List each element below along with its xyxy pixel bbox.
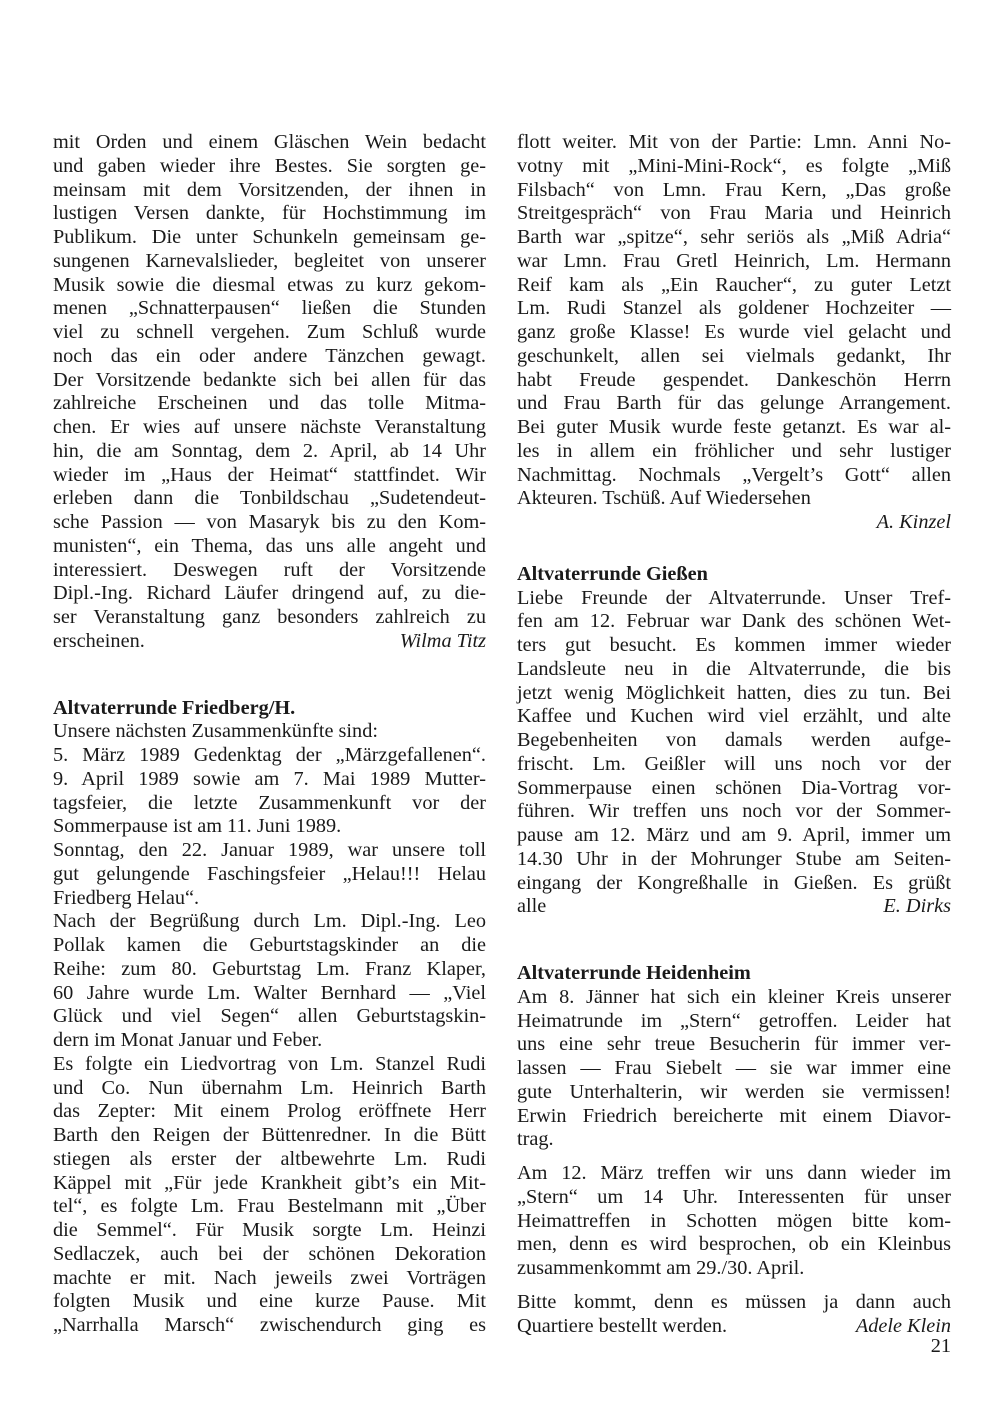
text-line: zusammenkommt am 29./30. April. — [517, 1257, 951, 1281]
right-column: flott weiter. Mit von der Partie: Lmn. A… — [517, 131, 951, 1338]
author-signature: Wilma Titz — [400, 630, 486, 654]
text-line: Kaffee und Kuchen wird viel erzählt, und… — [517, 705, 951, 729]
text-line: das Zepter: Mit einem Prolog eröffnete H… — [53, 1100, 486, 1124]
text-line: Am 8. Jänner hat sich ein kleiner Kreis … — [517, 986, 951, 1010]
text-line: alle — [517, 895, 546, 919]
text-line: jetzt wenig Möglichkeit hatten, dies zu … — [517, 682, 951, 706]
text-line: Pollak kamen die Geburtstagskinder an di… — [53, 934, 486, 958]
text-line: menen „Schnatterpausen“ ließen die Stund… — [53, 297, 486, 321]
page-number: 21 — [900, 1335, 951, 1358]
section-gap — [517, 919, 951, 962]
text-line: Landsleute neu in die Altvaterrunde, die… — [517, 658, 951, 682]
text-line: Barth war „spitze“, sehr seriös als „Miß… — [517, 226, 951, 250]
text-line: Bitte kommt, denn es müssen ja dann auch — [517, 1291, 951, 1315]
paragraph-gap — [517, 1281, 951, 1291]
text-line: Filsbach“ von Lmn. Frau Kern, „Das große — [517, 179, 951, 203]
signature-line: erscheinen. Wilma Titz — [53, 630, 486, 654]
text-line: uns eine sehr treue Besucherin für immer… — [517, 1033, 951, 1057]
text-line: 5. März 1989 Gedenktag der „Märzgefallen… — [53, 744, 486, 768]
text-line: Käppel mit „Für jede Krankheit gibt’s ei… — [53, 1172, 486, 1196]
text-line: Es folgte ein Liedvortrag von Lm. Stanze… — [53, 1053, 486, 1077]
text-line: flott weiter. Mit von der Partie: Lmn. A… — [517, 131, 951, 155]
text-line: fen am 12. Februar war Dank des schönen … — [517, 610, 951, 634]
text-line: Erwin Friedrich bereicherte mit einem Di… — [517, 1105, 951, 1129]
text-line: Streitgespräch“ von Frau Maria und Heinr… — [517, 202, 951, 226]
text-line: Heimattreffen in Schotten mögen bitte ko… — [517, 1210, 951, 1234]
text-line: Unsere nächsten Zusammenkünfte sind: — [53, 720, 486, 744]
text-line: gute Unterhalterin, wir werden sie vermi… — [517, 1081, 951, 1105]
text-line: gut gelungende Faschingsfeier „Helau!!! … — [53, 863, 486, 887]
text-line: Dipl.-Ing. Richard Läufer dringend auf, … — [53, 582, 486, 606]
section-gap — [53, 654, 486, 697]
text-line: erleben dann die Tonbildschau „Sudetende… — [53, 487, 486, 511]
text-line: 14.30 Uhr in der Mohrunger Stube am Seit… — [517, 848, 951, 872]
text-line: und Co. Nun übernahm Lm. Heinrich Barth — [53, 1077, 486, 1101]
text-line: tel“, es folgte Lm. Frau Bestelmann mit … — [53, 1195, 486, 1219]
text-line: stiegen als erster der altbewehrte Lm. R… — [53, 1148, 486, 1172]
text-line: Reihe: zum 80. Geburtstag Lm. Franz Klap… — [53, 958, 486, 982]
section-gap — [517, 535, 951, 563]
text-line: wieder im „Haus der Heimat“ stattfindet.… — [53, 464, 486, 488]
text-line: die Semmel“. Für Musik sorgte Lm. Heinzi — [53, 1219, 486, 1243]
text-line: Glück und viel Segen“ allen Geburtstagsk… — [53, 1005, 486, 1029]
section-heading: Altvaterrunde Friedberg/H. — [53, 697, 486, 721]
text-line: „Narrhalla Marsch“ zwischendurch ging es — [53, 1314, 486, 1338]
author-signature: E. Dirks — [883, 895, 951, 919]
text-line: 9. April 1989 sowie am 7. Mai 1989 Mutte… — [53, 768, 486, 792]
text-line: Lm. Rudi Stanzel als goldener Hochzeiter… — [517, 297, 951, 321]
text-line: geschunkelt, allen sei vielmals gedankt,… — [517, 345, 951, 369]
text-line: Barth den Reigen der Büttenredner. In di… — [53, 1124, 486, 1148]
text-line: frischt. Lm. Geißler will uns noch vor d… — [517, 753, 951, 777]
text-line: Sommerpause ist am 11. Juni 1989. — [53, 815, 486, 839]
text-line: 60 Jahre wurde Lm. Walter Bernhard — „Vi… — [53, 982, 486, 1006]
author-signature: A. Kinzel — [517, 511, 951, 535]
article-heidenheim: Altvaterrunde Heidenheim Am 8. Jänner ha… — [517, 962, 951, 1338]
section-heading: Altvaterrunde Gießen — [517, 563, 951, 587]
text-line: Publikum. Die unter Schunkeln gemeinsam … — [53, 226, 486, 250]
text-line: Reif kam als „Ein Raucher“, zu guter Let… — [517, 274, 951, 298]
text-line: Akteuren. Tschüß. Auf Wiedersehen — [517, 487, 951, 511]
text-line: interessiert. Deswegen ruft der Vorsitze… — [53, 559, 486, 583]
text-line: viel zu schnell vergehen. Zum Schluß wur… — [53, 321, 486, 345]
text-line: machte er mit. Nach jeweils zwei Vorträg… — [53, 1267, 486, 1291]
text-line: sungenen Karnevalslieder, begleitet von … — [53, 250, 486, 274]
article-giessen: Altvaterrunde Gießen Liebe Freunde der A… — [517, 563, 951, 919]
text-line: zahlreiche Erscheinen und das tolle Mitm… — [53, 392, 486, 416]
text-line: Heimatrunde im „Stern“ getroffen. Leider… — [517, 1010, 951, 1034]
text-line: votny mit „Mini-Mini-Rock“, es folgte „M… — [517, 155, 951, 179]
text-line: Am 12. März treffen wir uns dann wieder … — [517, 1162, 951, 1186]
text-line: mit Orden und einem Gläschen Wein bedach… — [53, 131, 486, 155]
text-line: führen. Wir treffen uns noch vor der Som… — [517, 800, 951, 824]
text-line: Der Vorsitzende bedankte sich bei allen … — [53, 369, 486, 393]
text-line: Nachmittag. Nochmals „Vergelt’s Gott“ al… — [517, 464, 951, 488]
text-line: dern im Monat Januar und Feber. — [53, 1029, 486, 1053]
text-line: und gaben wieder ihre Bestes. Sie sorgte… — [53, 155, 486, 179]
text-line: chen. Er wies auf unsere nächste Veranst… — [53, 416, 486, 440]
text-line: trag. — [517, 1128, 951, 1152]
text-line: hin, die am Sonntag, dem 2. April, ab 14… — [53, 440, 486, 464]
signature-line: alle E. Dirks — [517, 895, 951, 919]
left-column: mit Orden und einem Gläschen Wein bedach… — [53, 131, 486, 1338]
text-line: Sommerpause einen schönen Dia-Vortrag vo… — [517, 777, 951, 801]
text-line: folgten Musik und eine kurze Pause. Mit — [53, 1290, 486, 1314]
section-heading: Altvaterrunde Heidenheim — [517, 962, 951, 986]
text-line: noch das ein oder andere Tänzchen gewagt… — [53, 345, 486, 369]
text-line: erscheinen. — [53, 630, 145, 654]
text-line: sche Passion — von Masaryk bis zu den Ko… — [53, 511, 486, 535]
text-line: Nach der Begrüßung durch Lm. Dipl.-Ing. … — [53, 910, 486, 934]
text-line: Liebe Freunde der Altvaterrunde. Unser T… — [517, 587, 951, 611]
text-line: les in allem ein fröhlicher und sehr lus… — [517, 440, 951, 464]
text-line: war Lmn. Frau Gretl Heinrich, Lm. Herman… — [517, 250, 951, 274]
text-line: „Stern“ um 14 Uhr. Interessenten für uns… — [517, 1186, 951, 1210]
text-line: und Frau Barth für das gelunge Arrangeme… — [517, 392, 951, 416]
text-line: Begebenheiten von damals werden aufge- — [517, 729, 951, 753]
text-line: Sonntag, den 22. Januar 1989, war unsere… — [53, 839, 486, 863]
text-line: tagsfeier, die letzte Zusammenkunft vor … — [53, 792, 486, 816]
text-line: meinsam mit dem Vorsitzenden, der ihnen … — [53, 179, 486, 203]
article-intro: mit Orden und einem Gläschen Wein bedach… — [53, 131, 486, 654]
text-line: pause am 12. März und am 9. April, immer… — [517, 824, 951, 848]
text-line: Sedlaczek, auch bei der schönen Dekorati… — [53, 1243, 486, 1267]
text-line: munisten“, ein Thema, das uns alle angeh… — [53, 535, 486, 559]
article-friedberg-continued: flott weiter. Mit von der Partie: Lmn. A… — [517, 131, 951, 535]
text-line: lustigen Versen dankte, für Hochstimmung… — [53, 202, 486, 226]
text-line: lassen — Frau Siebelt — sie war immer ei… — [517, 1057, 951, 1081]
text-line: Quartiere bestellt werden. — [517, 1315, 727, 1339]
text-line: ganz große Klasse! Es wurde viel gelacht… — [517, 321, 951, 345]
text-line: ser Veranstaltung ganz besonders zahlrei… — [53, 606, 486, 630]
text-line: ters gut besucht. Es kommen immer wieder — [517, 634, 951, 658]
text-line: habt Freude gespendet. Dankeschön Herrn — [517, 369, 951, 393]
text-line: eingang der Kongreßhalle in Gießen. Es g… — [517, 872, 951, 896]
text-line: Bei guter Musik wurde feste getanzt. Es … — [517, 416, 951, 440]
paragraph-gap — [517, 1152, 951, 1162]
text-line: Musik sowie die diesmal etwas zu kurz ge… — [53, 274, 486, 298]
article-friedberg: Altvaterrunde Friedberg/H. Unsere nächst… — [53, 697, 486, 1338]
signature-line: Quartiere bestellt werden. Adele Klein — [517, 1315, 951, 1339]
text-line: Friedberg Helau“. — [53, 887, 486, 911]
text-line: men, denn es wird besprochen, ob ein Kle… — [517, 1233, 951, 1257]
